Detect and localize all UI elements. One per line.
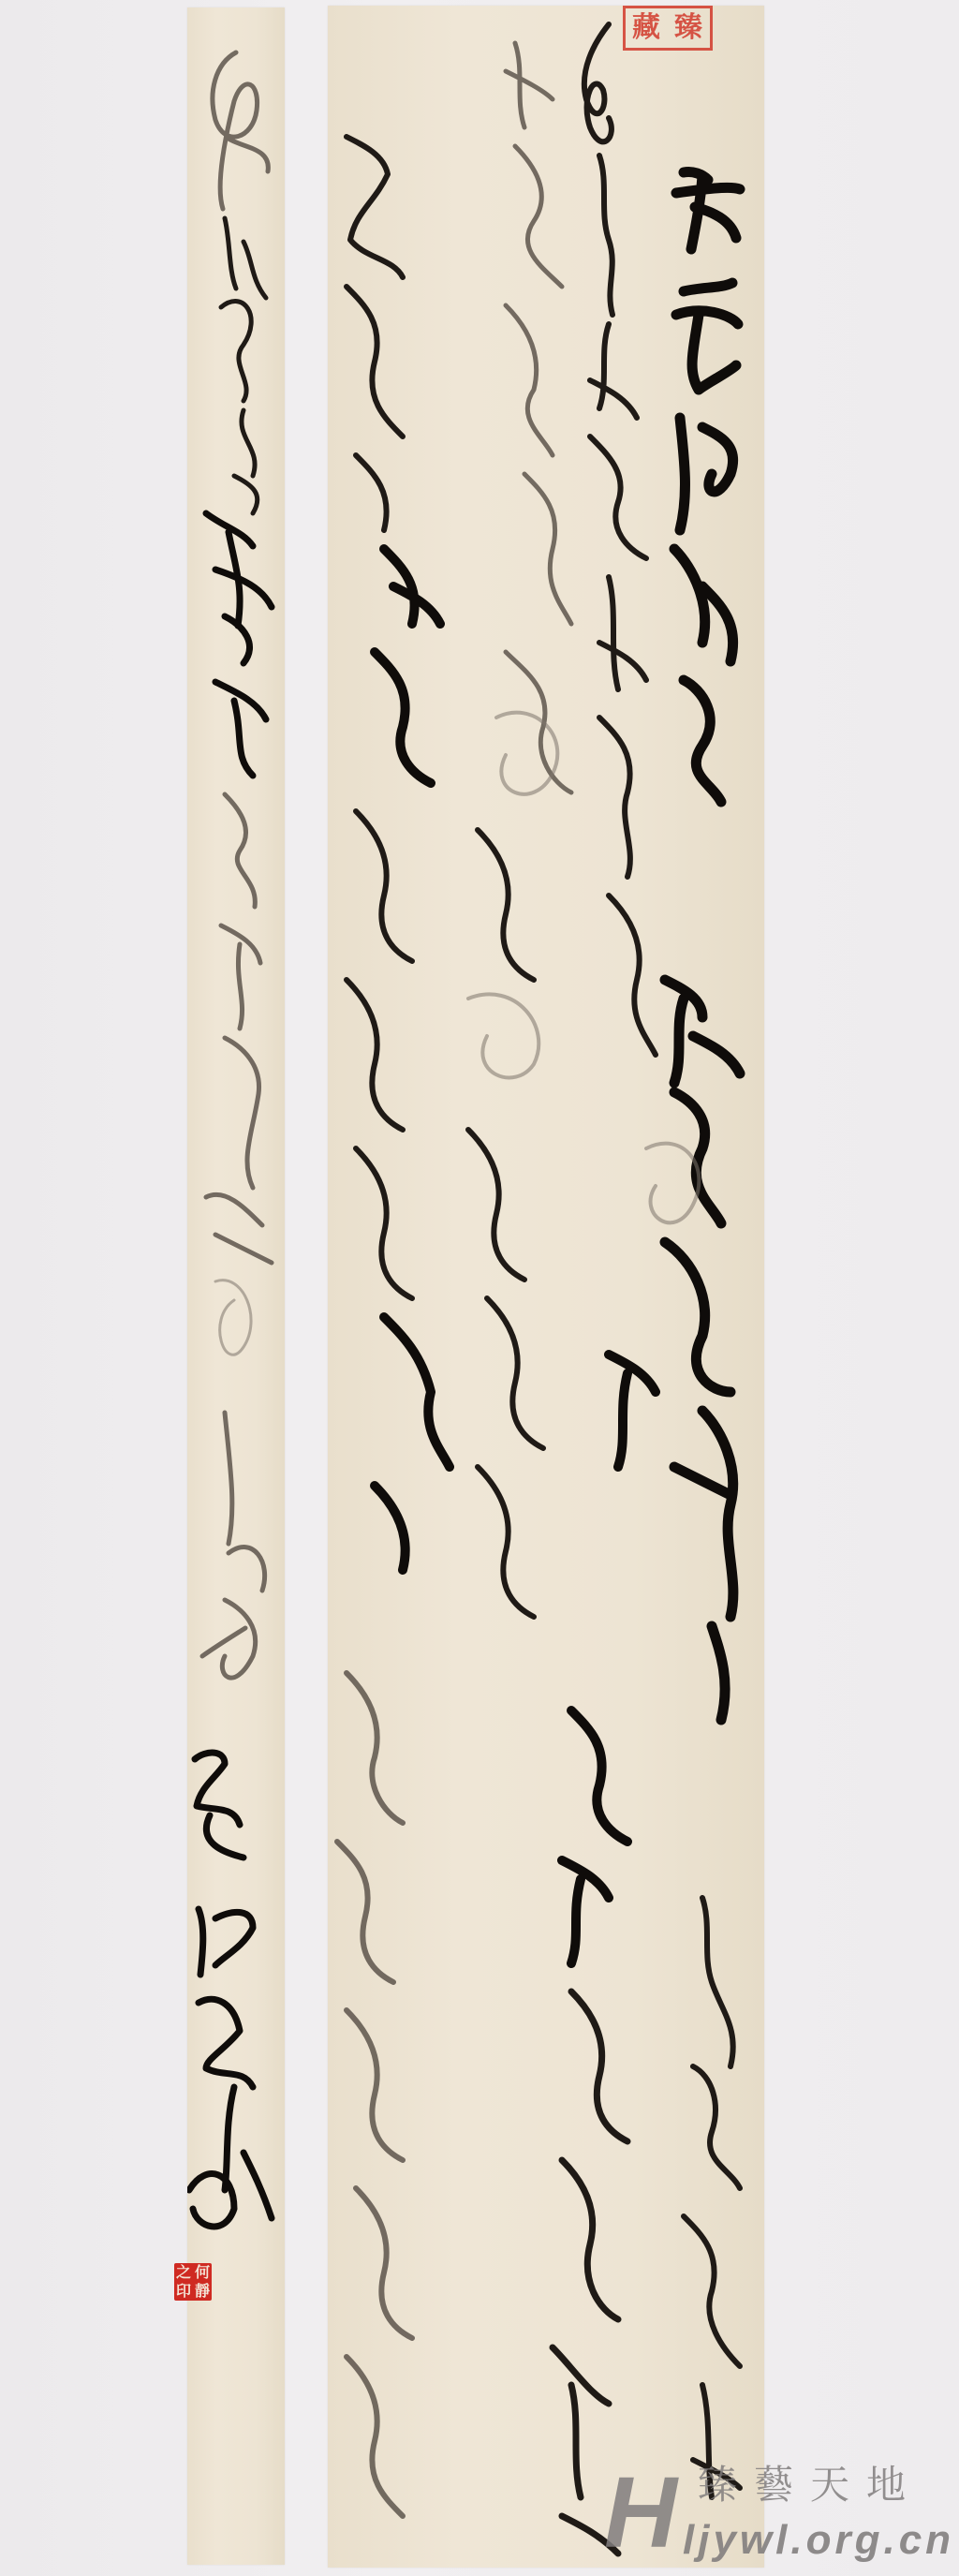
seal-char: 藏 — [626, 14, 668, 42]
left-paper-strip — [187, 7, 285, 2565]
seal-char: 印 — [174, 2284, 193, 2299]
seal-char: 何 — [193, 2265, 212, 2280]
collector-seal-top: 藏 臻 — [623, 6, 713, 51]
seal-char: 靜 — [193, 2284, 212, 2299]
right-columns-calligraphy — [328, 6, 764, 2568]
seal-char: 臻 — [668, 14, 710, 42]
artist-seal-bottom: 之 何 印 靜 — [174, 2263, 212, 2301]
left-column-calligraphy — [187, 7, 285, 2565]
seal-char: 之 — [174, 2265, 193, 2280]
right-paper-strip — [328, 6, 764, 2568]
